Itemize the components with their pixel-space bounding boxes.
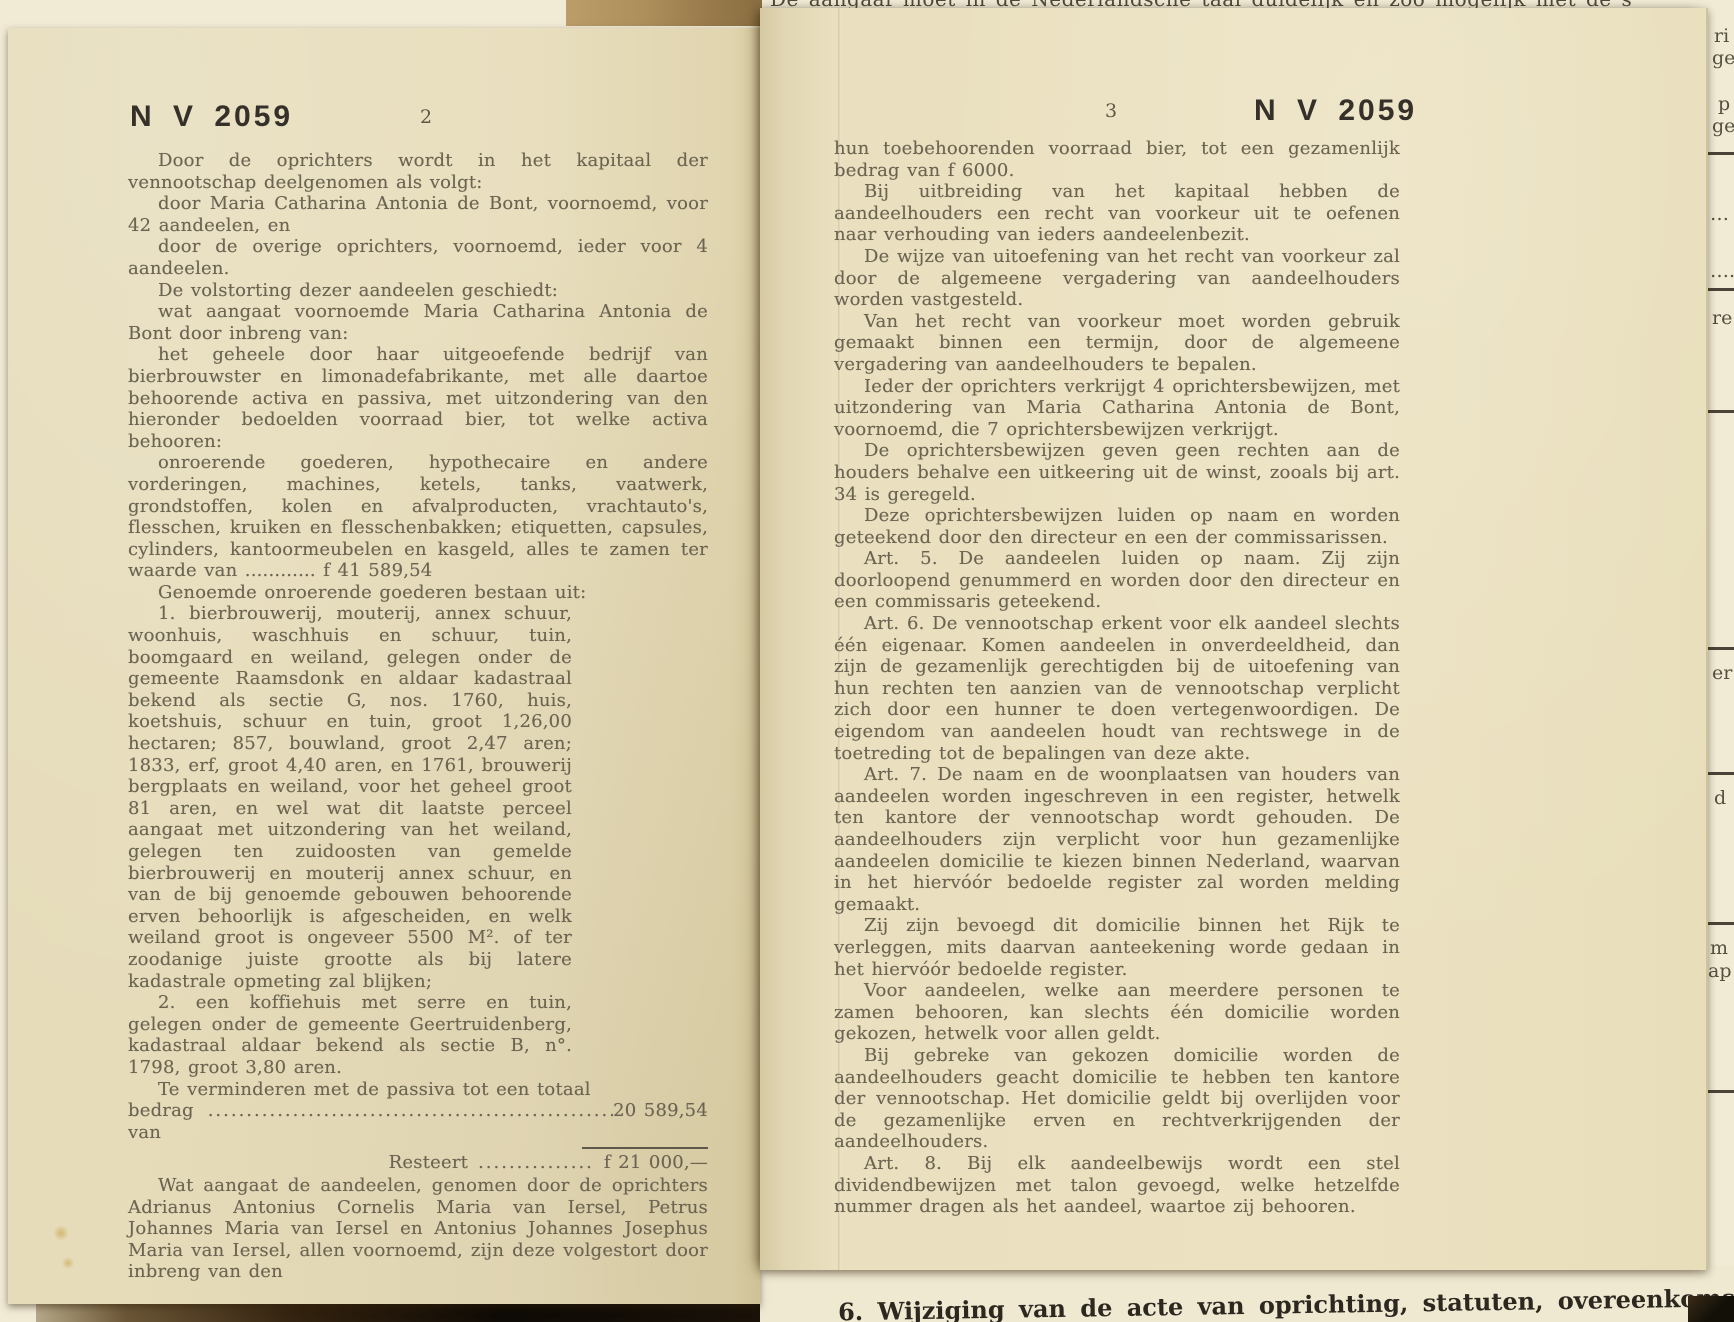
body-paragraph: Art. 7. De naam en de woonplaatsen van h… <box>834 764 1400 915</box>
edge-rule-fragment <box>1706 772 1734 775</box>
paper-stain <box>62 1256 74 1270</box>
resteert-amount: f 21 000,— <box>604 1152 708 1174</box>
dossier-stamp-right: N V 2059 <box>1254 94 1417 128</box>
edge-text-fragment: re <box>1712 307 1732 329</box>
body-paragraph: hun toebehoorenden voorraad bier, tot ee… <box>834 138 1400 181</box>
left-page-sheet: N V 2059 2 Door de oprichters wordt in h… <box>8 28 760 1304</box>
body-paragraph: De wijze van uitoefening van het recht v… <box>834 246 1400 311</box>
body-paragraph: Art. 6. De vennootschap erkent voor elk … <box>834 613 1400 764</box>
dotted-leader: ............... <box>478 1152 594 1174</box>
resteert-row: Resteert ............... f 21 000,— <box>128 1152 708 1174</box>
body-paragraph: De volstorting dezer aandeelen geschiedt… <box>128 280 708 302</box>
body-paragraph: Genoemde onroerende goederen bestaan uit… <box>128 582 708 604</box>
edge-rule-fragment <box>1708 152 1734 155</box>
deduction-intro: Te verminderen met de passiva tot een to… <box>128 1079 708 1101</box>
edge-rule-fragment <box>1708 410 1734 413</box>
page-number-right: 3 <box>1105 100 1117 122</box>
body-paragraph: Deze oprichtersbewijzen luiden op naam e… <box>834 505 1400 548</box>
right-page-text-column: hun toebehoorenden voorraad bier, tot ee… <box>834 138 1400 1218</box>
edge-text-fragment: d <box>1714 787 1726 809</box>
land-item: 2. een koffiehuis met serre en tuin, gel… <box>128 992 572 1078</box>
land-item: 1. bierbrouwerij, mouterij, annex schuur… <box>128 603 572 992</box>
underlying-page-bottom-text: 6. Wijziging van de acte van oprichting,… <box>838 1283 1734 1322</box>
land-description-block: 1. bierbrouwerij, mouterij, annex schuur… <box>128 603 708 1078</box>
body-paragraph: Zij zijn bevoegd dit domicilie binnen he… <box>834 915 1400 980</box>
table-corner-shadow <box>1688 1296 1734 1322</box>
edge-text-fragment: … <box>1710 203 1729 225</box>
body-paragraph: onroerende goederen, hypothecaire en and… <box>128 452 708 582</box>
edge-rule-fragment <box>1706 922 1734 925</box>
body-paragraph: het geheele door haar uitgeoefende bedri… <box>128 344 708 452</box>
body-paragraph: Wat aangaat de aandeelen, genomen door d… <box>128 1175 708 1283</box>
edge-text-fragment: ge <box>1712 47 1734 69</box>
resteert-label: Resteert <box>389 1152 468 1174</box>
right-page-sheet: 3 N V 2059 hun toebehoorenden voorraad b… <box>760 8 1708 1270</box>
edge-text-fragment: ap <box>1708 960 1732 982</box>
edge-rule-fragment <box>1706 647 1734 650</box>
body-paragraph: Art. 5. De aandeelen luiden op naam. Zij… <box>834 548 1400 613</box>
body-paragraph: Art. 8. Bij elk aandeelbewijs wordt een … <box>834 1153 1400 1218</box>
dotted-leader: ........................................… <box>208 1100 613 1122</box>
sum-rule <box>582 1147 708 1149</box>
edge-text-fragment: m <box>1710 937 1728 959</box>
body-paragraph: Door de oprichters wordt in het kapitaal… <box>128 150 708 193</box>
body-paragraph: door de overige oprichters, voornoemd, i… <box>128 236 708 279</box>
edge-text-fragment: p <box>1718 93 1730 115</box>
body-paragraph: Van het recht van voorkeur moet worden g… <box>834 311 1400 376</box>
deduction-amount: 20 589,54 <box>613 1100 708 1122</box>
edge-text-fragment: ri <box>1714 25 1729 47</box>
page-number-left: 2 <box>420 106 432 128</box>
table-wood-gap <box>566 0 762 26</box>
edge-rule-fragment <box>1706 288 1734 291</box>
edge-text-fragment: …. <box>1710 260 1734 282</box>
deduction-label: bedrag van <box>128 1100 208 1143</box>
edge-rule-fragment <box>1706 1090 1734 1093</box>
edge-text-fragment: er <box>1712 662 1732 684</box>
scanned-document-photo: De aangaaf moet in de Nederlandsche taal… <box>0 0 1734 1322</box>
deduction-row: bedrag van .............................… <box>128 1100 708 1143</box>
body-paragraph: door Maria Catharina Antonia de Bont, vo… <box>128 193 708 236</box>
underlying-page-bottom: 6. Wijziging van de acte van oprichting,… <box>760 1266 1734 1322</box>
body-paragraph: Voor aandeelen, welke aan meerdere perso… <box>834 980 1400 1045</box>
dossier-stamp-left: N V 2059 <box>130 100 293 134</box>
paper-stain <box>54 1224 68 1242</box>
body-paragraph: Bij gebreke van gekozen domicilie worden… <box>834 1045 1400 1153</box>
body-paragraph: De oprichtersbewijzen geven geen rechten… <box>834 440 1400 505</box>
left-page-text-column: Door de oprichters wordt in het kapitaal… <box>128 150 708 1283</box>
edge-text-fragment: ge <box>1712 115 1734 137</box>
body-paragraph: Ieder der oprichters verkrijgt 4 opricht… <box>834 376 1400 441</box>
body-paragraph: wat aangaat voornoemde Maria Catharina A… <box>128 301 708 344</box>
body-paragraph: Bij uitbreiding van het kapitaal hebben … <box>834 181 1400 246</box>
